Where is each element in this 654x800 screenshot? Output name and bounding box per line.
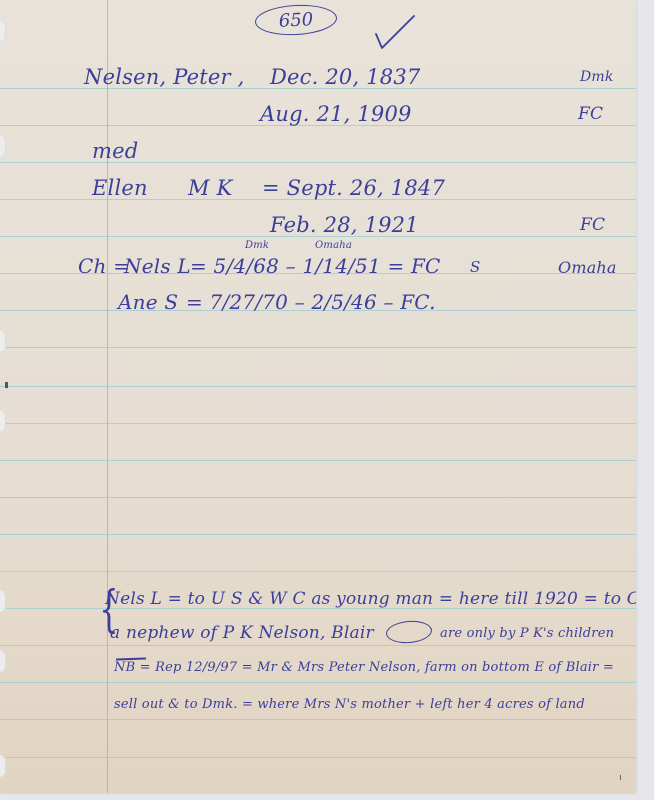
paper-speck [620,775,621,780]
check-mark-icon [372,12,418,52]
scanned-page: 650 Nelsen, Peter , Dec. 20, 1837 Dmk Au… [0,0,654,800]
wife-birth-date: = Sept. 26, 1847 [262,176,445,200]
binder-hole [0,410,6,432]
notebook-paper: 650 Nelsen, Peter , Dec. 20, 1837 Dmk Au… [0,0,636,793]
ruled-line [0,682,636,683]
ruled-line [0,460,636,461]
ruled-line [0,386,636,387]
page-number-circle: 650 [254,3,337,37]
circle-mark-icon [385,619,433,645]
binder-hole [0,20,6,42]
note-line-2-aside: are only by P K's children [440,626,614,641]
husband-birth-date: Dec. 20, 1837 [270,65,421,89]
wife-burial: FC [580,215,605,235]
husband-death-date: Aug. 21, 1909 [260,102,412,126]
wife-death-date: Feb. 28, 1921 [270,213,419,237]
note-line-4: sell out & to Dmk. = where Mrs N's mothe… [114,697,585,712]
ruled-line [0,645,636,646]
child-1-death-annotation: Omaha [315,240,352,251]
child-2-name: Ane S [118,290,178,314]
ruled-line [0,534,636,535]
child-1-count-mark: S [470,258,480,276]
margin-line [107,0,108,793]
page-number: 650 [278,9,313,32]
note-line-3: NB = Rep 12/9/97 = Mr & Mrs Peter Nelson… [114,660,614,675]
child-1-dates: = 5/4/68 – 1/14/51 = FC [190,254,441,278]
ruled-line [0,347,636,348]
child-1-birth-annotation: Dmk [245,240,269,251]
wife-name: Ellen [92,176,148,200]
children-label: Ch = [78,254,130,278]
binder-hole [0,135,6,157]
husband-burial: FC [578,104,603,124]
ruled-line [0,719,636,720]
note-line-2: a nephew of P K Nelson, Blair [110,623,374,643]
child-2-dates: = 7/27/70 – 2/5/46 – FC. [186,290,436,314]
binder-hole [0,755,6,777]
ruled-line [0,497,636,498]
child-1-name: Nels L [124,254,191,278]
husband-birth-place: Dmk [580,69,614,85]
ruled-line [0,757,636,758]
paper-speck [5,382,8,388]
note-line-1: Nels L = to U S & W C as young man = her… [105,589,636,609]
husband-name: Nelsen, Peter , [84,65,244,89]
married-label: med [92,139,138,163]
child-1-residence: Omaha [558,258,617,277]
ruled-line [0,571,636,572]
wife-initials: M K [188,176,232,200]
binder-hole [0,650,6,672]
binder-hole [0,590,6,612]
binder-hole [0,330,6,352]
ruled-line [0,423,636,424]
